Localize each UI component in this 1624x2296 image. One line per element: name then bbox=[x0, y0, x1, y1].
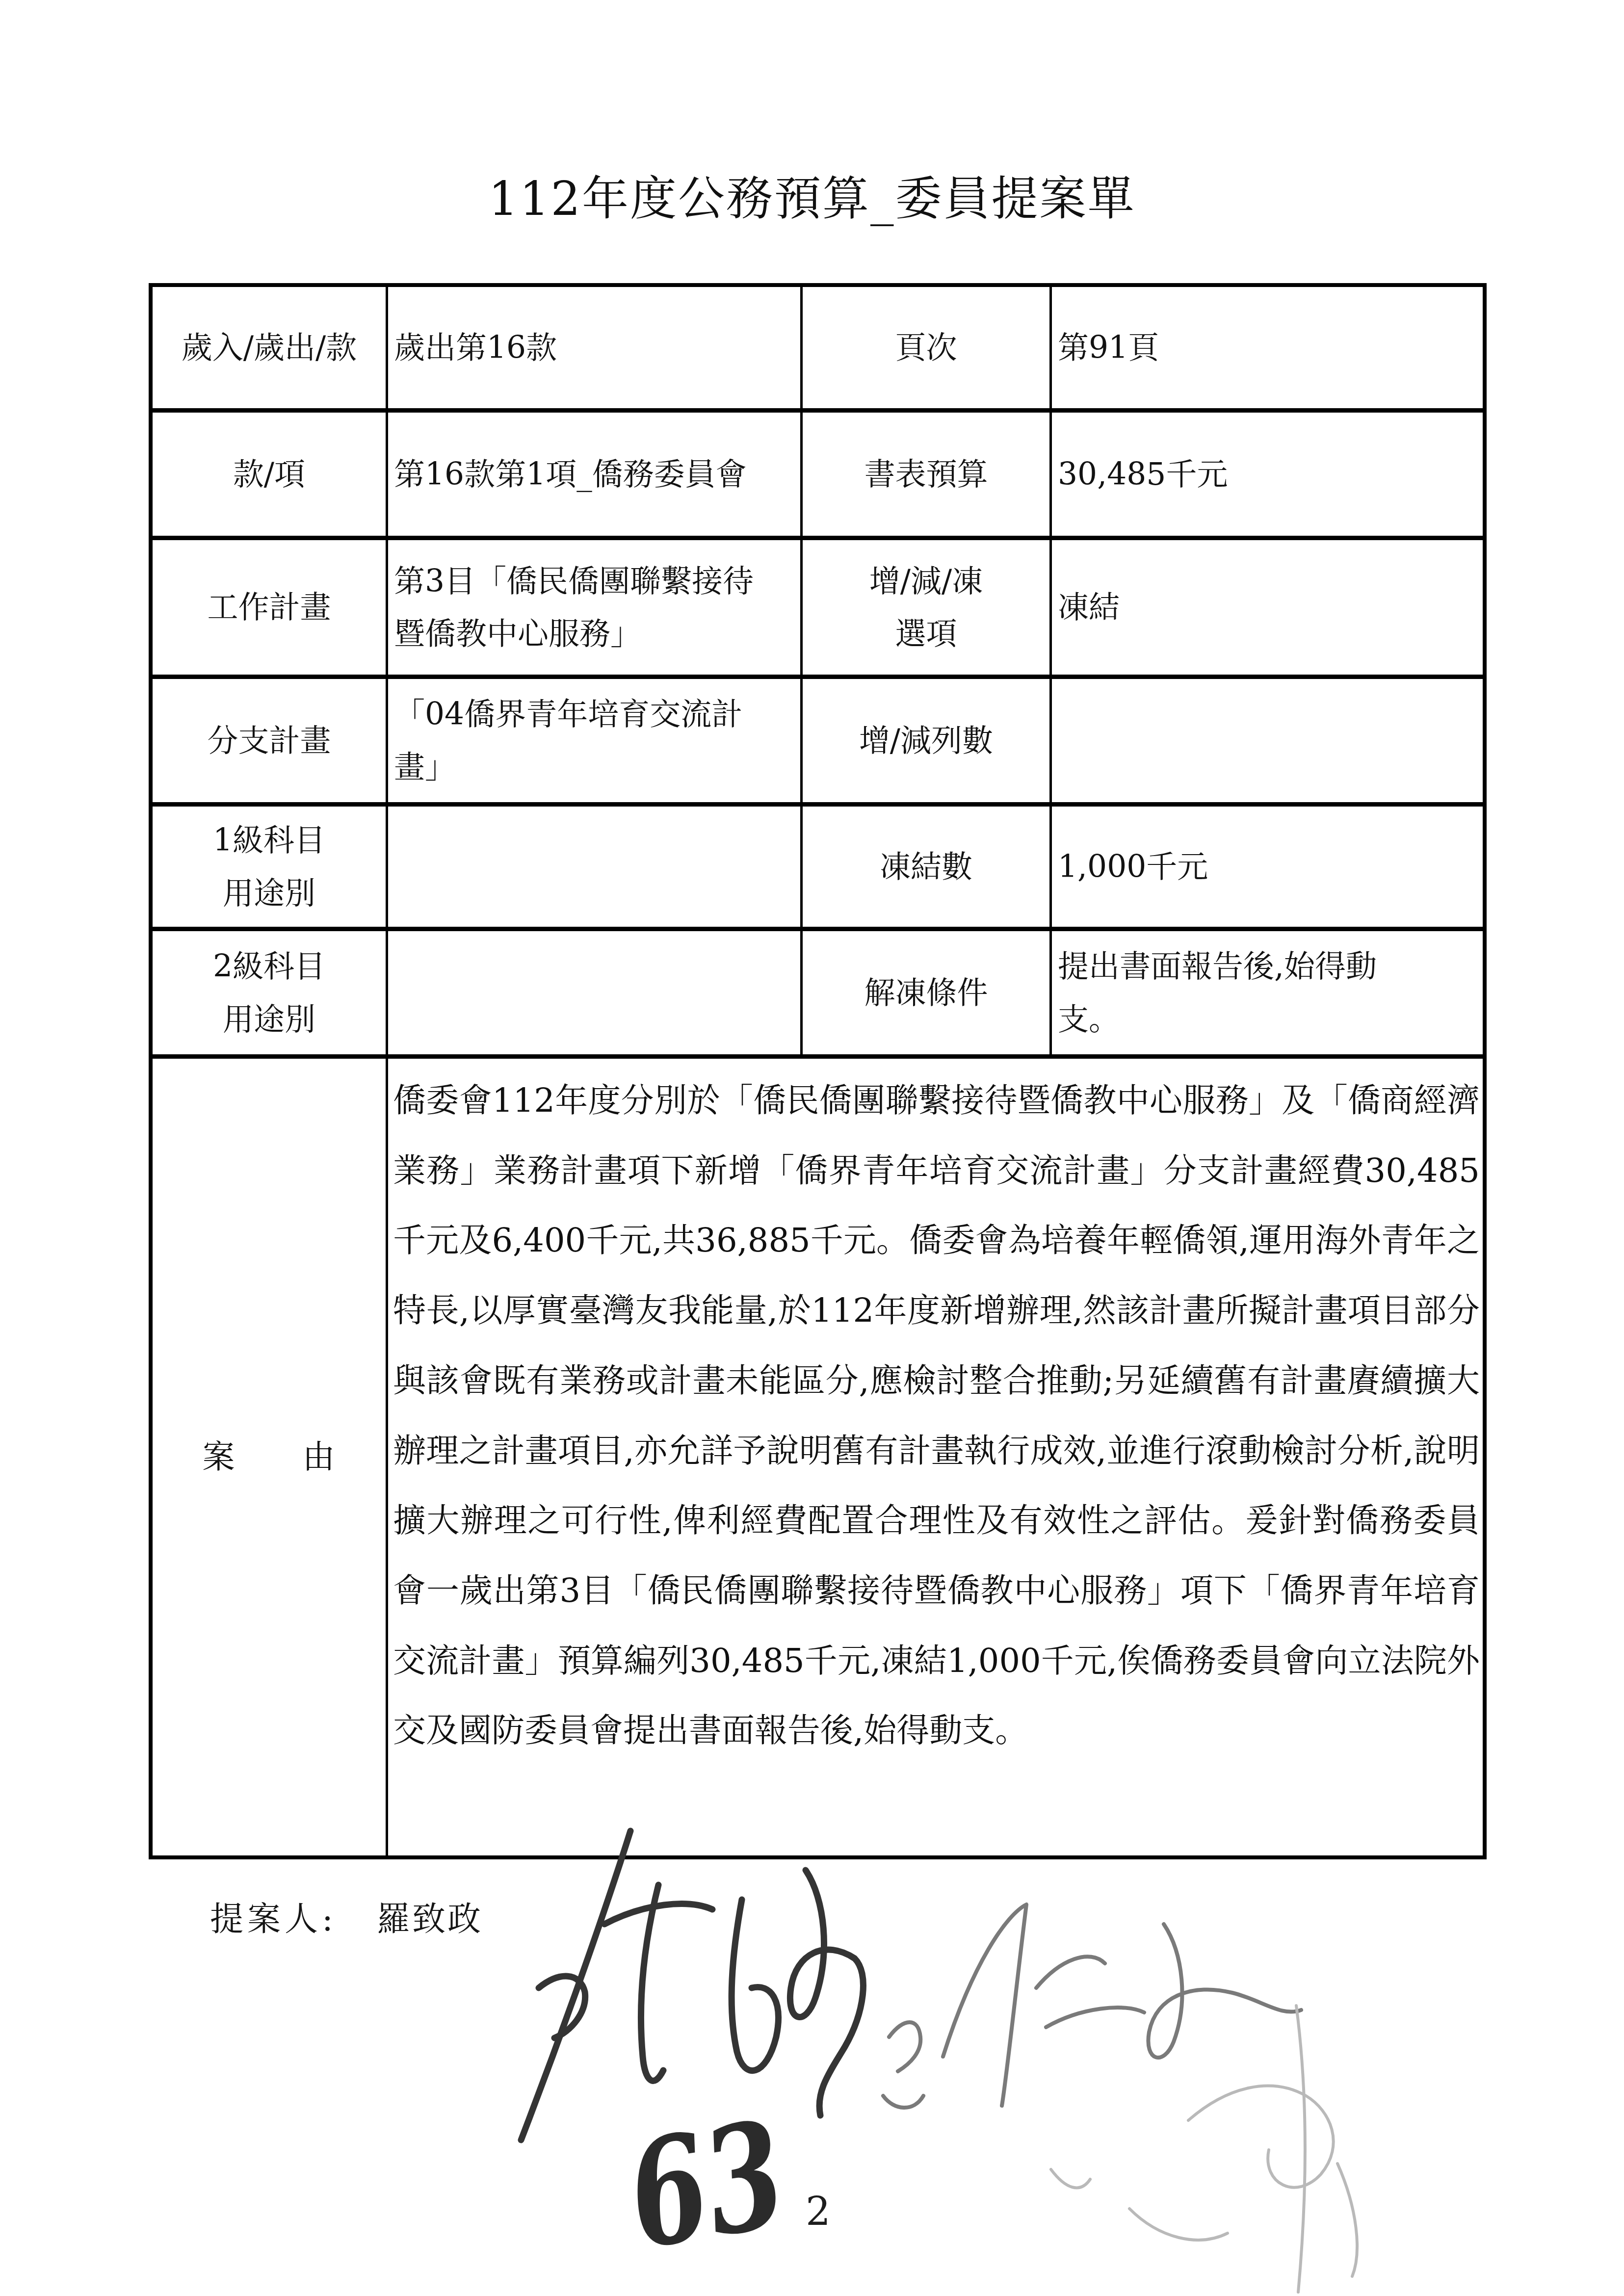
signature-cosigner-handwritten bbox=[868, 1889, 1315, 2124]
field-value-revenue-expenditure: 歲出第16款 bbox=[388, 287, 803, 413]
field-value-frozen-amount: 1,000千元 bbox=[1052, 807, 1483, 931]
field-value-work-plan: 第3目「僑民僑團聯繫接待暨僑教中心服務」 bbox=[388, 540, 803, 679]
handwritten-number: 63 bbox=[628, 2099, 785, 2271]
case-description-text: 僑委會112年度分別於「僑民僑團聯繫接待暨僑教中心服務」及「僑商經濟業務」業務計… bbox=[388, 1059, 1483, 1855]
field-label-item: 款/項 bbox=[153, 413, 388, 540]
field-label-level2-subject: 2級科目 用途別 bbox=[153, 931, 388, 1059]
field-value-sub-plan: 「04僑界青年培育交流計畫」 bbox=[388, 679, 803, 807]
field-value-unfreeze-condition: 提出書面報告後,始得動支。 bbox=[1052, 931, 1483, 1059]
field-label-case-subject: 案 由 bbox=[153, 1059, 388, 1855]
field-label-sub-plan: 分支計畫 bbox=[153, 679, 388, 807]
field-label-change-amount: 增/減列數 bbox=[803, 679, 1052, 807]
field-label-level1-subject: 1級科目 用途別 bbox=[153, 807, 388, 931]
proposer-name: 羅致政 bbox=[377, 1893, 483, 1940]
field-value-page-index: 第91頁 bbox=[1052, 287, 1483, 413]
field-label-frozen-amount: 凍結數 bbox=[803, 807, 1052, 931]
field-label-unfreeze-condition: 解凍條件 bbox=[803, 931, 1052, 1059]
signature-faint-handwritten bbox=[1040, 2002, 1393, 2296]
field-value-level1-subject bbox=[388, 807, 803, 931]
page-number: 2 bbox=[806, 2192, 831, 2231]
field-label-page-index: 頁次 bbox=[803, 287, 1052, 413]
field-label-revenue-expenditure: 歲入/歲出/款 bbox=[153, 287, 388, 413]
field-value-change-amount bbox=[1052, 679, 1483, 807]
field-value-item: 第16款第1項_僑務委員會 bbox=[388, 413, 803, 540]
budget-proposal-table: 歲入/歲出/款 歲出第16款 頁次 第91頁 款/項 第16款第1項_僑務委員會… bbox=[149, 283, 1487, 1859]
page-title: 112年度公務預算_委員提案單 bbox=[0, 162, 1624, 229]
scanned-budget-proposal-page: { "page": { "title": "112年度公務預算_委員提案單", … bbox=[0, 0, 1624, 2296]
field-label-book-budget: 書表預算 bbox=[803, 413, 1052, 540]
field-value-book-budget: 30,485千元 bbox=[1052, 413, 1483, 540]
proposer-label: 提案人: bbox=[210, 1893, 337, 1940]
field-label-work-plan: 工作計畫 bbox=[153, 540, 388, 679]
field-value-level2-subject bbox=[388, 931, 803, 1059]
field-value-change-option: 凍結 bbox=[1052, 540, 1483, 679]
field-label-change-option: 增/減/凍 選項 bbox=[803, 540, 1052, 679]
